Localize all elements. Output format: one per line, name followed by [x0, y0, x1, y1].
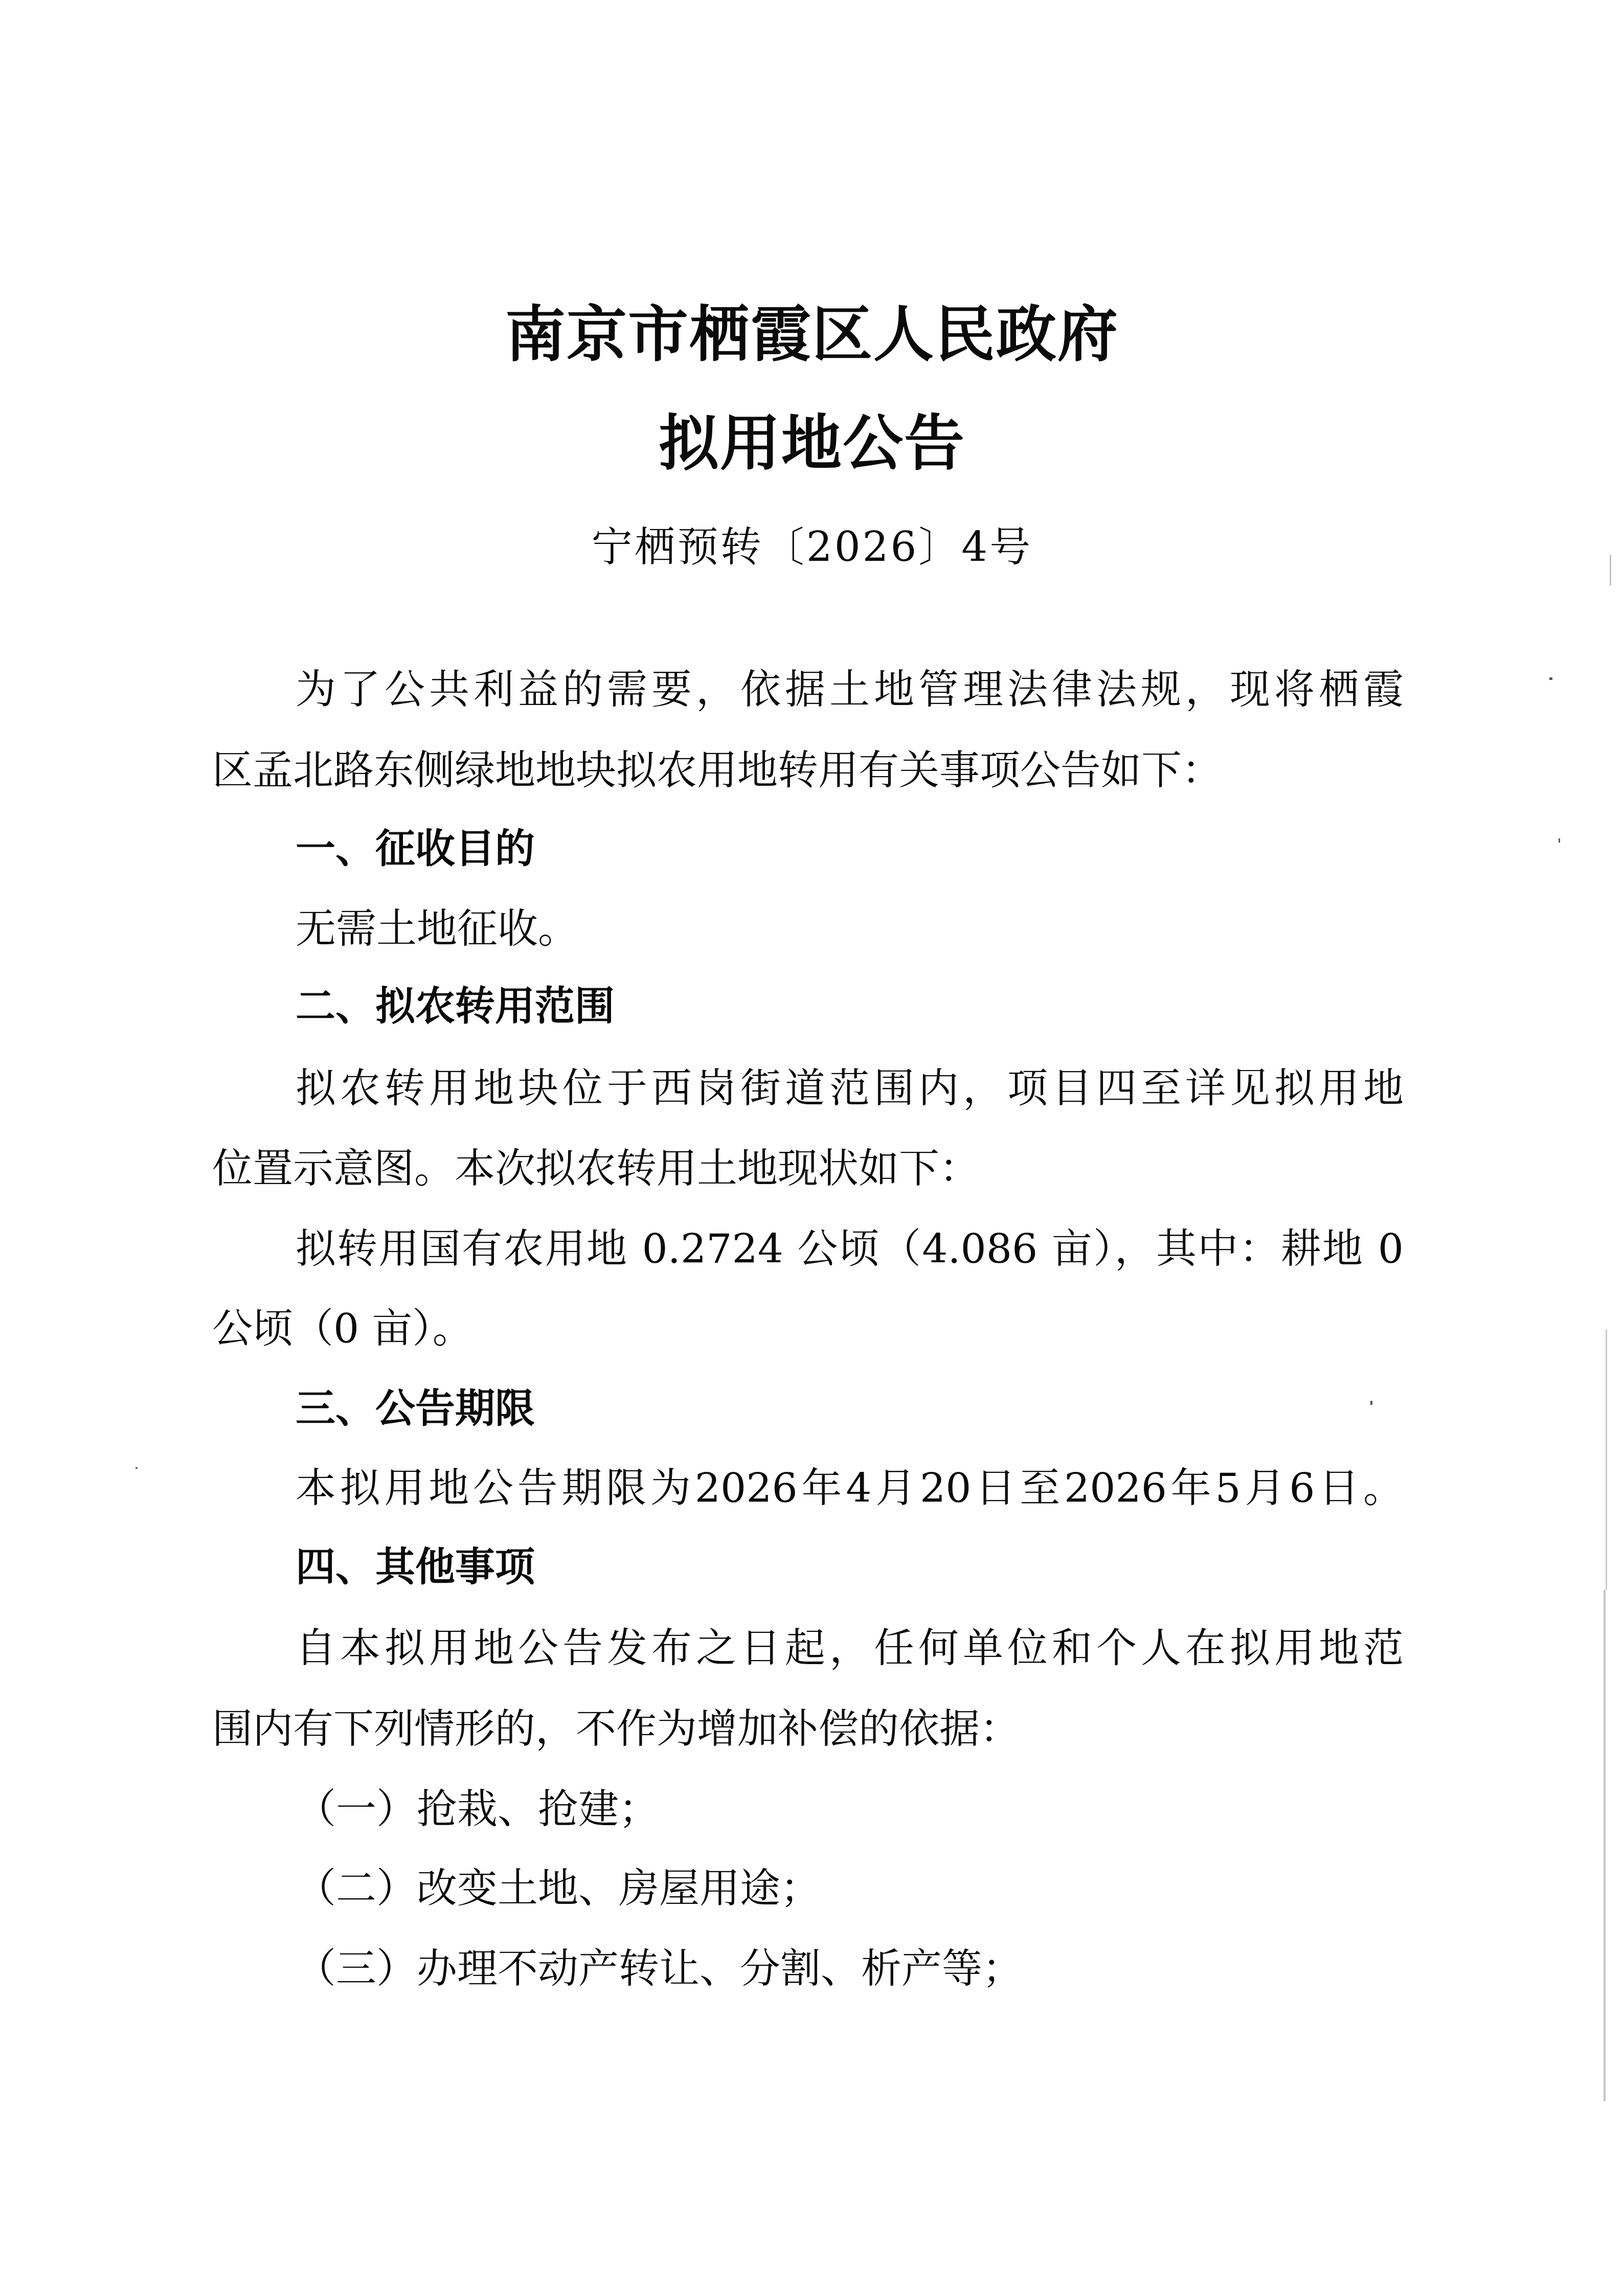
scan-artifact [1549, 677, 1552, 680]
section-heading-3: 三、公告期限 [296, 1389, 535, 1429]
issuer-title: 南京市栖霞区人民政府 [0, 304, 1624, 365]
scan-artifact [1610, 555, 1611, 585]
list-item-1: （一）抢栽、抢建； [296, 1789, 1404, 1830]
section-4-paragraph-1-line-2: 围内有下列情形的，不作为增加补偿的依据： [212, 1709, 1404, 1749]
intro-line-1: 为了公共利益的需要，依据土地管理法律法规，现将栖霞 [296, 670, 1404, 710]
scan-artifact [136, 1467, 138, 1469]
section-3-paragraph-1-line-1: 本拟用地公告期限为2026年4月20日至2026年5月6日。 [296, 1468, 1404, 1509]
scan-artifact [1559, 838, 1560, 843]
scan-artifact [1370, 1401, 1372, 1405]
intro-line-2: 区孟北路东侧绿地地块拟农用地转用有关事项公告如下： [212, 751, 1404, 791]
document-page: 南京市栖霞区人民政府 拟用地公告 宁栖预转〔2026〕4号 为了公共利益的需要，… [0, 0, 1624, 2296]
section-2-paragraph-2-line-2: 公顷（0 亩）。 [212, 1309, 1404, 1349]
section-2-paragraph-1-line-1: 拟农转用地块位于西岗街道范围内，项目四至详见拟用地 [296, 1069, 1404, 1109]
notice-title: 拟用地公告 [0, 413, 1624, 473]
section-heading-1: 一、征收目的 [296, 829, 535, 869]
section-2-paragraph-1-line-2: 位置示意图。本次拟农转用土地现状如下： [212, 1149, 1404, 1189]
section-2-paragraph-2-line-1: 拟转用国有农用地 0.2724 公顷（4.086 亩），其中：耕地 0 [296, 1229, 1404, 1269]
document-number: 宁栖预转〔2026〕4号 [0, 527, 1624, 567]
section-4-paragraph-1-line-1: 自本拟用地公告发布之日起，任何单位和个人在拟用地范 [296, 1628, 1404, 1669]
section-heading-2: 二、拟农转用范围 [296, 987, 615, 1027]
section-1-paragraph-1-line-1: 无需土地征收。 [296, 909, 1404, 949]
list-item-3: （三）办理不动产转让、分割、析产等； [296, 1949, 1404, 1989]
scan-artifact [1606, 1329, 1607, 1590]
section-heading-4: 四、其他事项 [296, 1548, 535, 1587]
scan-artifact [1604, 1590, 1606, 2101]
list-item-2: （二）改变土地、房屋用途； [296, 1869, 1404, 1909]
